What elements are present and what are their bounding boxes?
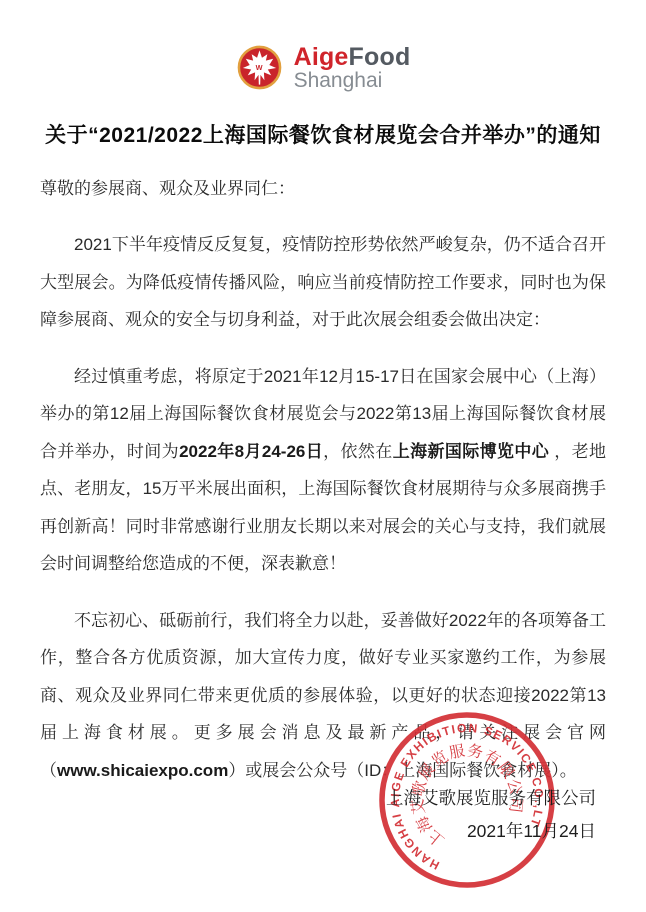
logo-wordmark: AigeFood Shanghai: [294, 44, 411, 92]
notice-body: 尊敬的参展商、观众及业界同仁： 2021下半年疫情反反复复，疫情防控形势依然严峻…: [40, 170, 606, 790]
signature-date: 2021年11月24日: [386, 815, 596, 848]
company-logo: W AigeFood Shanghai: [0, 0, 646, 92]
svg-text:W: W: [255, 63, 262, 72]
paragraph-1: 2021下半年疫情反反复复，疫情防控形势依然严峻复杂，仍不适合召开大型展会。为降…: [40, 226, 606, 339]
logo-brand-name: AigeFood: [294, 44, 411, 70]
logo-brand-aige: Aige: [294, 43, 349, 71]
logo-subtitle: Shanghai: [294, 70, 411, 92]
paragraph-2-mid: ，依然在: [323, 442, 393, 461]
paragraph-2: 经过慎重考虑，将原定于2021年12月15-17日在国家会展中心（上海）举办的第…: [40, 358, 606, 583]
salutation: 尊敬的参展商、观众及业界同仁：: [40, 170, 606, 208]
signature-company: 上海艾歌展览服务有限公司: [386, 782, 596, 815]
notice-document: W AigeFood Shanghai 关于“2021/2022上海国际餐饮食材…: [0, 0, 646, 912]
signature-block: 上海艾歌展览服务有限公司 2021年11月24日: [386, 782, 596, 848]
official-website-url: www.shicaiexpo.com: [57, 761, 228, 780]
maple-leaf-badge-icon: W: [236, 44, 283, 91]
venue-name-bold: 上海新国际博览中心: [393, 442, 549, 461]
paragraph-2-rest: ，老地点、老朋友，15万平米展出面积，上海国际餐饮食材展期待与众多展商携手再创新…: [40, 442, 606, 574]
notice-title: 关于“2021/2022上海国际餐饮食材展览会合并举办”的通知: [0, 119, 646, 149]
logo-brand-food: Food: [349, 43, 411, 71]
exhibition-date-bold: 2022年8月24-26日: [179, 442, 323, 461]
